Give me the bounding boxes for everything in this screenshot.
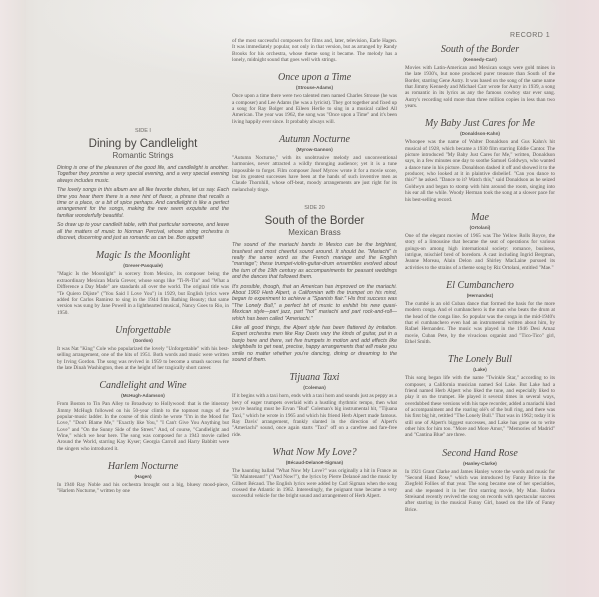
song-title: Tijuana Taxi <box>232 372 397 384</box>
song-entry: South of the Border (Kennedy-Carr) Movie… <box>405 44 555 109</box>
side-label: SIDE 20 <box>232 205 397 211</box>
song-description: The haunting ballad "What Now My Love?" … <box>232 468 397 500</box>
song-credit: (Gordon) <box>57 338 229 343</box>
song-title: Unforgettable <box>57 325 229 337</box>
album-title: Dining by Candlelight <box>57 138 229 151</box>
intro-paragraph: Like all good things, the Alpert style h… <box>232 325 397 363</box>
song-entry: Magic Is the Moonlight (Grever-Pasquale)… <box>57 250 229 315</box>
song-credit: (Donaldson-Kahn) <box>405 131 555 136</box>
song-title: El Cumbanchero <box>405 280 555 292</box>
song-title: Autumn Nocturne <box>232 134 397 146</box>
song-title: The Lonely Bull <box>405 354 555 366</box>
song-description: "Magic Is the Moonlight" is sorcery from… <box>57 271 229 315</box>
song-title: Harlem Nocturne <box>57 461 229 473</box>
intro-paragraph: Dining is one of the pleasures of the go… <box>57 165 229 184</box>
song-credit: (Bécaud-Delanoë-Sigman) <box>232 460 397 465</box>
song-credit: (McHugh-Adamson) <box>57 393 229 398</box>
song-credit: (Hagen) <box>57 474 229 479</box>
intro-paragraph: So draw up to your candlelit table, with… <box>57 222 229 241</box>
song-entry: The Lonely Bull (Lake) This song began l… <box>405 354 555 438</box>
song-title: South of the Border <box>405 44 555 56</box>
sleeve-edge-left <box>0 0 26 597</box>
song-description: "Autumn Nocturne," with its unobtrusive … <box>232 155 397 193</box>
song-entry: My Baby Just Cares for Me (Donaldson-Kah… <box>405 118 555 202</box>
song-credit: (Lake) <box>405 367 555 372</box>
song-credit: (Kennedy-Carr) <box>405 57 555 62</box>
album-subtitle: Romantic Strings <box>57 151 229 160</box>
song-entry: What Now My Love? (Bécaud-Delanoë-Sigman… <box>232 447 397 500</box>
song-entry: Unforgettable (Gordon) It was Nat "King"… <box>57 325 229 371</box>
song-credit: (Grever-Pasquale) <box>57 263 229 268</box>
song-title: Candlelight and Wine <box>57 380 229 392</box>
continued-text: of the most successful composers for fil… <box>232 38 397 63</box>
song-entry: Second Hand Rose (Hanley-Clarke) In 1921… <box>405 448 555 513</box>
song-credit: (Myrow-Gannon) <box>232 147 397 152</box>
song-title: Once upon a Time <box>232 72 397 84</box>
album-intro: The sound of the mariachi bands in Mexic… <box>232 242 397 363</box>
song-entry: El Cumbanchero (Hernandez) The cumbé is … <box>405 280 555 345</box>
song-description: In 1940 Ray Noble and his orchestra brou… <box>57 482 229 495</box>
song-entry: Tijuana Taxi (Coleman) If it begins with… <box>232 372 397 437</box>
album-subtitle: Mexican Brass <box>232 228 397 237</box>
song-description: It was Nat "King" Cole who popularized t… <box>57 346 229 371</box>
song-description: Movies with Latin-American and Mexican s… <box>405 65 555 109</box>
column-3: South of the Border (Kennedy-Carr) Movie… <box>405 35 555 513</box>
song-entry: Autumn Nocturne (Myrow-Gannon) "Autumn N… <box>232 134 397 193</box>
song-credit: (Ortolani) <box>405 225 555 230</box>
song-description: If it begins with a taxi horn, ends with… <box>232 393 397 437</box>
song-title: Magic Is the Moonlight <box>57 250 229 262</box>
song-title: Second Hand Rose <box>405 448 555 460</box>
song-description: From Boston to Tin Pan Alley to Broadway… <box>57 401 229 452</box>
sleeve-edge-right <box>566 0 599 597</box>
intro-paragraph: It's possible, though, that an American … <box>232 284 397 322</box>
song-credit: (Strouse-Adams) <box>232 85 397 90</box>
song-description: Once upon a time there were two talented… <box>232 93 397 125</box>
song-title: Mae <box>405 212 555 224</box>
song-description: This song began life with the name "Twin… <box>405 375 555 438</box>
album-intro: Dining is one of the pleasures of the go… <box>57 165 229 241</box>
song-title: My Baby Just Cares for Me <box>405 118 555 130</box>
song-credit: (Coleman) <box>232 385 397 390</box>
song-title: What Now My Love? <box>232 447 397 459</box>
song-entry: Mae (Ortolani) One of the elegant movies… <box>405 212 555 271</box>
song-entry: Harlem Nocturne (Hagen) In 1940 Ray Nobl… <box>57 461 229 495</box>
song-description: In 1921 Grant Clarke and James Hanley wr… <box>405 469 555 513</box>
song-description: One of the elegant movies of 1965 was Th… <box>405 233 555 271</box>
side-label: SIDE I <box>57 128 229 134</box>
song-credit: (Hanley-Clarke) <box>405 461 555 466</box>
column-1: SIDE I Dining by Candlelight Romantic St… <box>57 128 229 495</box>
intro-paragraph: The sound of the mariachi bands in Mexic… <box>232 242 397 280</box>
song-entry: Candlelight and Wine (McHugh-Adamson) Fr… <box>57 380 229 452</box>
column-2: of the most successful composers for fil… <box>232 38 397 500</box>
song-entry: Once upon a Time (Strouse-Adams) Once up… <box>232 72 397 125</box>
liner-notes-sheet: RECORD 1 SIDE I Dining by Candlelight Ro… <box>0 0 599 597</box>
album-title: South of the Border <box>232 215 397 228</box>
song-description: The cumbé is an old Cuban dance that for… <box>405 301 555 345</box>
song-credit: (Hernandez) <box>405 293 555 298</box>
song-description: Whoopee was the name of Walter Donaldson… <box>405 139 555 202</box>
intro-paragraph: The lovely songs in this album are all l… <box>57 187 229 219</box>
